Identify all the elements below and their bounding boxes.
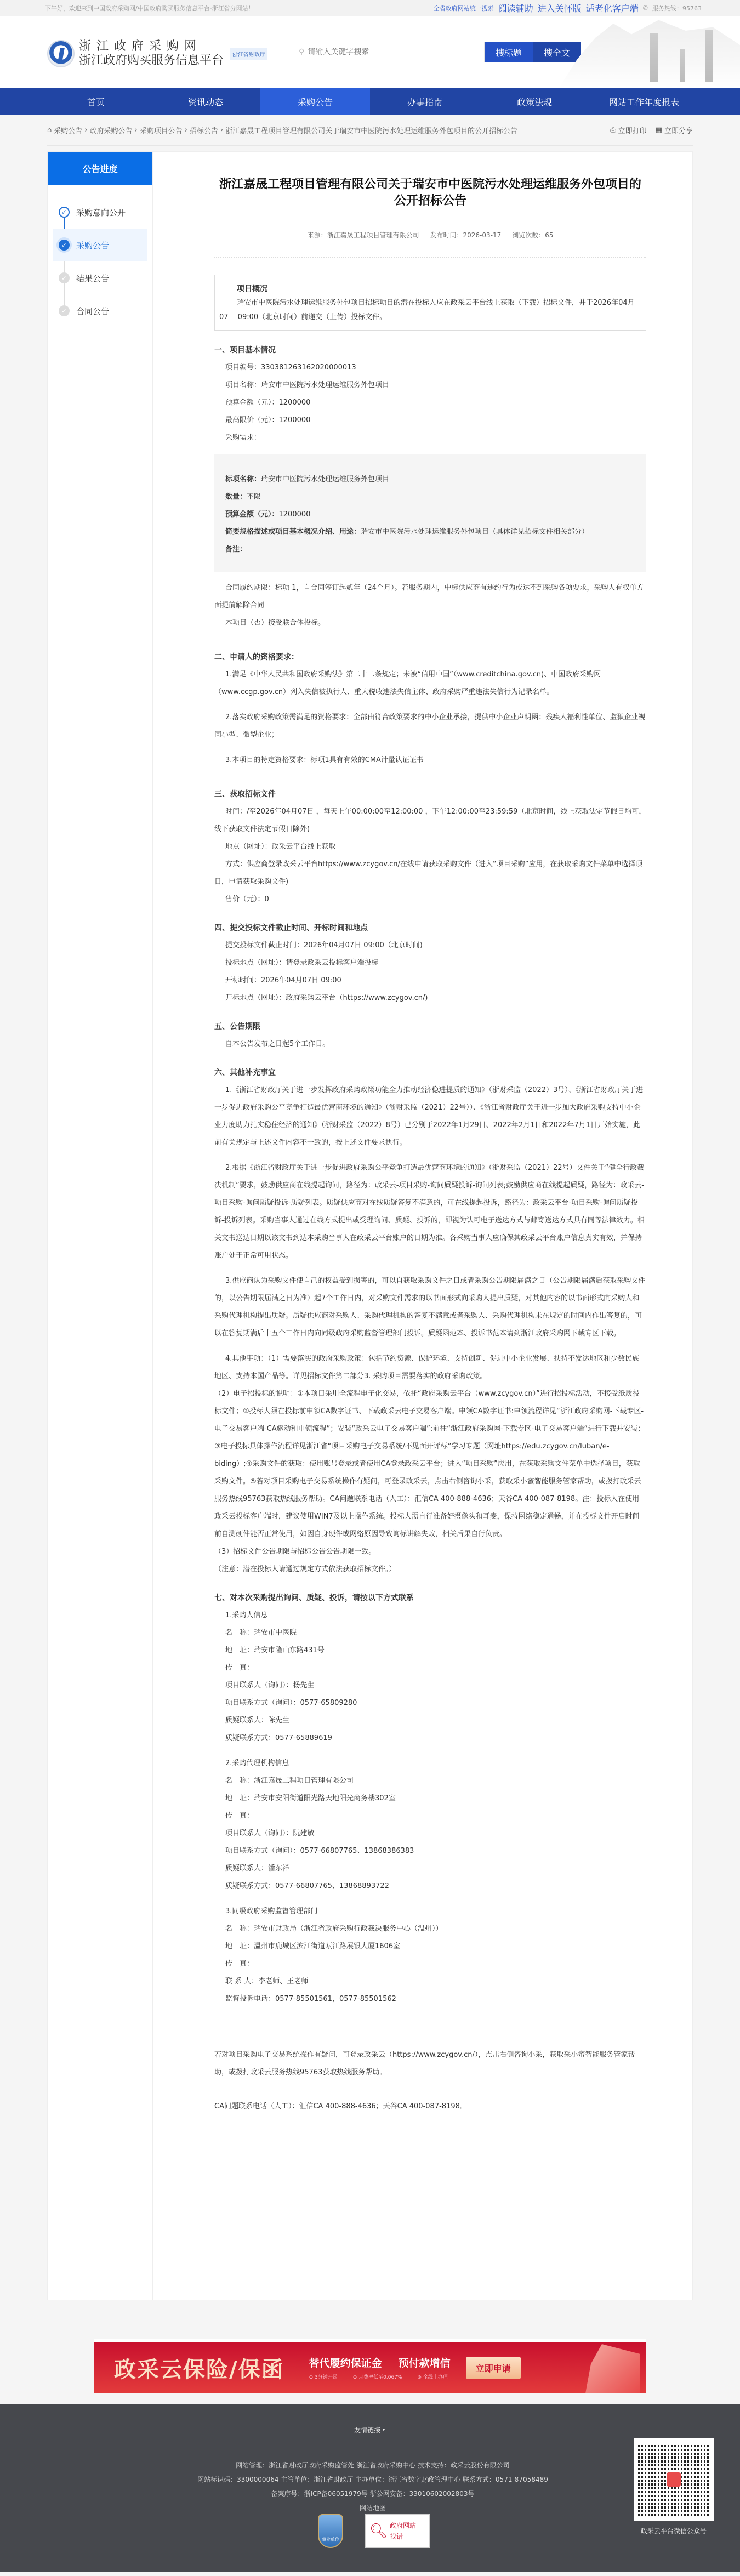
qualification-item: 3.本项目的特定资格要求：标项1具有有效的CMA计量认证证书 [214,752,646,769]
article-views: 浏览次数：65 [512,231,553,239]
print-label: 立即打印 [618,125,647,135]
elderly-client-link[interactable]: 适老化客户端 [586,2,639,14]
print-button[interactable]: ⎙立即打印 [610,125,646,135]
attention-note: （注意：潜在投标人请通过规定方式依法获取招标文件。） [214,1561,646,1578]
article-date: 发布时间：2026-03-17 [430,231,501,239]
step-result: ✓ 结果公告 [48,261,152,294]
contact-group-title: 3.同级政府采购监督管理部门 [225,1903,646,1920]
nav-guide[interactable]: 办事指南 [370,88,480,115]
home-icon[interactable]: ⌂ [47,126,52,134]
logo-tag: 浙江省财政厅 [230,48,267,60]
search-box: ⚲ [292,42,485,62]
contact-line: 地 址：温州市鹿城区滨江街道瓯江路展银大厦1606室 [225,1938,646,1955]
contact-group-title: 1.采购人信息 [225,1607,646,1624]
banner-sub: 预付款增信 [399,2355,451,2370]
article-source: 来源：浙江嘉晟工程项目管理有限公司 [308,231,419,239]
site-header: 浙江政府采购网 浙江政府购买服务信息平台 浙江省财政厅 ⚲ 搜标题 搜全文 [0,16,740,88]
pagoda-decoration [705,30,713,82]
contact-line: 质疑联系人：潘东祥 [225,1860,646,1878]
search-bar: ⚲ 搜标题 搜全文 [292,42,581,62]
section-notice-period: 五、公告期限 自本公告发布之日起5个工作日。 [214,1018,646,1053]
search-title-button[interactable]: 搜标题 [485,42,533,62]
lot-name-label: 标项名称： [225,475,261,484]
article-title: 浙江嘉晟工程项目管理有限公司关于瑞安市中医院污水处理运维服务外包项目的公开招标公… [214,177,646,209]
contact-line: 监督投诉电话：0577-85501561，0577-85501562 [225,1991,646,2008]
section-heading: 一、项目基本情况 [214,342,646,359]
footer-management: 网站管理：浙江省财政厅政府采购监管处 浙江省政府采购中心 技术支持：政采云股份有… [0,2458,740,2472]
step-label: 结果公告 [76,272,109,284]
procurement-demand: 采购需求： [214,429,646,447]
divider [214,257,646,258]
step-label: 采购公告 [76,240,109,251]
section-heading: 四、提交投标文件截止时间、开标时间和地点 [214,919,646,937]
pagoda-decoration [680,49,685,82]
notice-period-text: 自本公告发布之日起5个工作日。 [214,1036,646,1053]
step-label: 采购意向公开 [76,207,126,218]
reading-aid-link[interactable]: 阅读辅助 [498,2,533,14]
gov-site-error-report-badge[interactable]: 🔍︎ 政府网站找错 [365,2514,430,2548]
breadcrumb-separator: › [185,126,187,134]
nav-procurement-notices[interactable]: 采购公告 [260,88,370,115]
section-heading: 五、公告期限 [214,1018,646,1036]
lot-budget: 1200000 [279,510,311,519]
breadcrumb-item[interactable]: 采购公告 [54,125,82,135]
contact-line: 名 称：浙江嘉晟工程项目管理有限公司 [225,1772,646,1790]
share-label: 立即分享 [664,125,693,135]
qualification-item: 1.满足《中华人民共和国政府采购法》第二十二条规定；未被“信用中国”（www.c… [214,666,646,701]
tail-notes: 若对项目采购电子交易系统操作有疑问，可登录政采云（https://www.zcy… [214,2046,646,2116]
section-deadline: 四、提交投标文件截止时间、开标时间和地点 提交投标文件截止时间：2026年04月… [214,919,646,1007]
check-filled-icon: ✓ [59,240,70,251]
contact-line: 传 真： [225,1955,646,1973]
lot-desc: 瑞安市中医院污水处理运维服务外包项目（具体详见招标文件相关部分） [361,528,589,536]
banner-separator [297,2356,297,2380]
nav-news[interactable]: 资讯动态 [151,88,260,115]
mountain-decoration [559,16,740,88]
phone-icon: ✆ [643,4,648,12]
contact-line: 质疑联系方式：0577-65889619 [225,1730,646,1747]
step-contract: ✓ 合同公告 [48,294,152,327]
banner-features: 替代履约保证金预付款增信 ⊙ 3分钟开函 ⊙ 月费率低至0.067% ⊙ 全线上… [309,2355,451,2380]
friend-links-label: 友情链接 [354,2425,380,2435]
site-footer: 友情链接 ▾ 网站管理：浙江省财政厅政府采购监管处 浙江省政府采购中心 技术支持… [0,2404,740,2572]
contact-line: 质疑联系人：陈先生 [225,1712,646,1730]
insurance-banner[interactable]: 政采云保险/保函 替代履约保证金预付款增信 ⊙ 3分钟开函 ⊙ 月费率低至0.0… [94,2339,646,2393]
consortium-note: 本项目（否）接受联合体投标。 [214,615,646,632]
wechat-qr-code [634,2438,714,2521]
breadcrumb-item[interactable]: 采购项目公告 [140,125,183,135]
step-notice[interactable]: ✓ 采购公告 [53,229,147,261]
contact-group-title: 2.采购代理机构信息 [225,1755,646,1772]
max-price: 最高限价（元）：1200000 [214,412,646,429]
other-item: 4.其他事项：（1）需要落实的政府采购政策：包括节约资源、保护环境、支持创新、促… [214,1350,646,1385]
opening-time: 开标时间：2026年04月07日 09:00 [214,972,646,990]
top-links: 全省政府网站统一搜索 阅读辅助 进入关怀版 适老化客户端 ✆ 服务热线：9576… [434,2,702,14]
unified-search-link[interactable]: 全省政府网站统一搜索 [434,4,494,13]
banner-tag: ⊙ 全线上办理 [417,2373,447,2380]
purchaser-info: 1.采购人信息 名 称：瑞安市中医院 地 址：瑞安市隆山东路431号 传 真： … [214,1607,646,1747]
lot-qty-label: 数量： [225,493,247,501]
agency-info: 2.采购代理机构信息 名 称：浙江嘉晟工程项目管理有限公司 地 址：瑞安市安阳街… [214,1755,646,1895]
other-item: 1.《浙江省财政厅关于进一步发挥政府采购政策功能全力推动经济稳进提质的通知》（浙… [214,1082,646,1152]
section-qualifications: 二、申请人的资格要求： 1.满足《中华人民共和国政府采购法》第二十二条规定；未被… [214,649,646,769]
project-name: 项目名称：瑞安市中医院污水处理运维服务外包项目 [214,377,646,394]
footer-site-id: 网站标识码：3300000064 主管单位：浙江省财政厅 主办单位：浙江省数字财… [0,2472,740,2487]
doc-price: 售价（元）：0 [214,891,646,908]
nav-home[interactable]: 首页 [41,88,151,115]
content-wrapper: 公告进度 ✓ 采购意向公开 ✓ 采购公告 ✓ 结果公告 ✓ 合同公告 浙江嘉晟工… [47,151,693,2300]
obtain-method: 方式：供应商登录政采云平台https://www.zcygov.cn/在线申请获… [214,856,646,891]
contact-line: 地 址：瑞安市隆山东路431号 [225,1642,646,1659]
contact-line: 地 址：瑞安市安阳街道阳光路天地阳光商务楼302室 [225,1790,646,1807]
emblem-icon [47,40,75,67]
banner-illustration [585,2344,640,2393]
section-heading: 七、对本次采购提出询问、质疑、投诉，请按以下方式联系 [214,1589,646,1607]
other-item: 3.供应商认为采购文件使自己的权益受到损害的，可以自获取采购文件之日或者采购公告… [214,1272,646,1343]
budget-amount: 预算金额（元）：1200000 [214,394,646,412]
breadcrumb-separator: › [135,126,138,134]
submission-deadline: 提交投标文件截止时间：2026年04月07日 09:00（北京时间) [214,937,646,954]
help-note: 若对项目采购电子交易系统操作有疑问，可登录政采云（https://www.zcy… [214,2046,646,2082]
breadcrumb-current: 浙江嘉晟工程项目管理有限公司关于瑞安市中医院污水处理运维服务外包项目的公开招标公… [225,125,517,135]
check-disabled-icon: ✓ [59,272,70,283]
section-heading: 三、获取招标文件 [214,786,646,803]
care-version-link[interactable]: 进入关怀版 [538,2,582,14]
section-other-matters: 六、其他补充事宜 1.《浙江省财政厅关于进一步发挥政府采购政策功能全力推动经济稳… [214,1064,646,1578]
top-bar: 下午好，欢迎来到中国政府采购网/中国政府购买服务信息平台-浙江省分网站！ 全省政… [0,0,740,16]
section-contacts: 七、对本次采购提出询问、质疑、投诉，请按以下方式联系 1.采购人信息 名 称：瑞… [214,1589,646,2008]
contact-line: 名 称：瑞安市中医院 [225,1624,646,1642]
pagoda-decoration [650,33,658,82]
breadcrumb-separator: › [220,126,223,134]
main-nav: 首页 资讯动态 采购公告 办事指南 政策法规 网站工作年度报表 [0,88,740,115]
other-item: （3）招标文件公告期限与招标公告公告期限一致。 [214,1543,646,1561]
section-heading: 二、申请人的资格要求： [214,649,646,666]
lot-details: 标项名称：瑞安市中医院污水处理运维服务外包项目 数量：不限 预算金额（元）：12… [214,454,646,572]
magnifier-icon: 🔍︎ [369,2526,388,2537]
breadcrumb-item[interactable]: 招标公告 [190,125,218,135]
qr-icon: ▦ [656,126,662,134]
contact-line: 传 真： [225,1807,646,1825]
overview-text: 瑞安市中医院污水处理运维服务外包项目招标项目的潜在投标人应在政采云平台线上获取（… [219,296,641,325]
nav-policy[interactable]: 政策法规 [480,88,589,115]
section-obtain-docs: 三、获取招标文件 时间：/至2026年04月07日 ，每天上午00:00:00至… [214,786,646,908]
lot-desc-label: 简要规格描述或项目基本概况介绍、用途： [225,528,361,536]
public-institution-badge[interactable]: 事业单位 [318,2514,343,2548]
contact-line: 项目联系人（询问）：杨先生 [225,1677,646,1694]
breadcrumb: ⌂ 采购公告› 政府采购公告› 采购项目公告› 招标公告› 浙江嘉晟工程项目管理… [47,115,693,146]
contact-line: 项目联系人（询问）：阮建敏 [225,1825,646,1843]
sidebar-header: 公告进度 [48,152,152,185]
lot-qty: 不限 [247,493,261,501]
article: 浙江嘉晟工程项目管理有限公司关于瑞安市中医院污水处理运维服务外包项目的公开招标公… [153,152,692,2300]
article-meta: 来源：浙江嘉晟工程项目管理有限公司 发布时间：2026-03-17 浏览次数：6… [214,230,646,240]
section-basic-info: 一、项目基本情况 项目编号：330381263162020000013 项目名称… [214,342,646,632]
opening-location: 开标地点（网址）：政府采购云平台（https://www.zcygov.cn/) [214,990,646,1007]
banner-title: 政采云保险/保函 [114,2352,284,2384]
logo-title: 浙江政府采购网 [79,39,224,54]
step-label: 合同公告 [76,305,109,317]
bid-location: 投标地点（网址）：请登录政采云投标客户端投标 [214,954,646,972]
logo-subtitle: 浙江政府购买服务信息平台 [79,54,224,68]
qualification-item: 2.落实政府采购政策需满足的资格要求：全部由符合政策要求的中小企业承接，提供中小… [214,709,646,744]
friend-links-dropdown[interactable]: 友情链接 ▾ [325,2421,414,2438]
overview-title: 项目概况 [219,282,641,296]
search-fulltext-button[interactable]: 搜全文 [533,42,581,62]
lot-name: 瑞安市中医院污水处理运维服务外包项目 [261,475,389,484]
breadcrumb-separator: › [84,126,87,134]
banner-tag: ⊙ 月费率低至0.067% [353,2373,402,2380]
banner-tag: ⊙ 3分钟开函 [309,2373,338,2380]
hotline-text: 服务热线：95763 [652,4,702,13]
qr-label: 政采云平台微信公众号 [634,2526,714,2535]
project-number: 项目编号：330381263162020000013 [214,359,646,377]
contact-line: 名 称：瑞安市财政局（浙江省政府采购行政裁决服务中心（温州）） [225,1920,646,1938]
e-bidding-note: （2）电子招投标的说明：①本项目采用全流程电子化交易，依托“政府采购云平台（ww… [214,1385,646,1543]
footer-icp[interactable]: 备案序号：浙ICP备06051979号 浙公网安备：33010602002803… [0,2487,740,2501]
contact-line: 项目联系方式（询问）：0577-66807765、13868386383 [225,1843,646,1860]
chevron-down-icon: ▾ [383,2427,385,2432]
step-intent[interactable]: ✓ 采购意向公开 [48,196,152,229]
nav-annual-report[interactable]: 网站工作年度报表 [589,88,699,115]
lot-remark-label: 备注： [225,545,247,554]
lot-budget-label: 预算金额（元）： [225,510,279,519]
contact-line: 质疑联系方式：0577-66807765、13868893722 [225,1878,646,1895]
ca-contact-note: CA问题联系电话（人工）：汇信CA 400-888-4636；天谷CA 400-… [214,2098,646,2116]
supervisor-info: 3.同级政府采购监督管理部门 名 称：瑞安市财政局（浙江省政府采购行政裁决服务中… [214,1903,646,2008]
contact-line: 传 真： [225,1659,646,1677]
welcome-text: 下午好，欢迎来到中国政府采购网/中国政府购买服务信息平台-浙江省分网站！ [45,4,254,13]
search-input[interactable] [308,48,472,56]
overview-box: 项目概况 瑞安市中医院污水处理运维服务外包项目招标项目的潜在投标人应在政采云平台… [214,275,646,331]
share-button[interactable]: ▦立即分享 [656,125,693,135]
section-heading: 六、其他补充事宜 [214,1064,646,1082]
check-disabled-icon: ✓ [59,305,70,316]
check-circle-icon: ✓ [59,207,70,218]
progress-sidebar: 公告进度 ✓ 采购意向公开 ✓ 采购公告 ✓ 结果公告 ✓ 合同公告 [48,152,153,2300]
sitemap-link[interactable]: 网站地图 [0,2501,740,2515]
other-item: 2.根据《浙江省财政厅关于进一步促进政府采购公平竞争打造最优营商环境的通知》（浙… [214,1159,646,1265]
contract-term: 合同履约期限：标项 1，自合同签订起贰年（24个月）。若服务期内，中标供应商有违… [214,579,646,615]
site-logo[interactable]: 浙江政府采购网 浙江政府购买服务信息平台 浙江省财政厅 [47,39,267,68]
printer-icon: ⎙ [610,126,616,134]
breadcrumb-item[interactable]: 政府采购公告 [89,125,132,135]
search-icon: ⚲ [299,48,304,56]
contact-line: 联 系 人：李老师、王老师 [225,1973,646,1991]
obtain-place: 地点（网址）：政采云平台线上获取 [214,838,646,856]
contact-line: 项目联系方式（询问）：0577-65809280 [225,1694,646,1712]
banner-sub: 替代履约保证金 [309,2355,382,2370]
obtain-time: 时间：/至2026年04月07日 ，每天上午00:00:00至12:00:00 … [214,803,646,838]
apply-now-button[interactable]: 立即申请 [466,2357,521,2379]
